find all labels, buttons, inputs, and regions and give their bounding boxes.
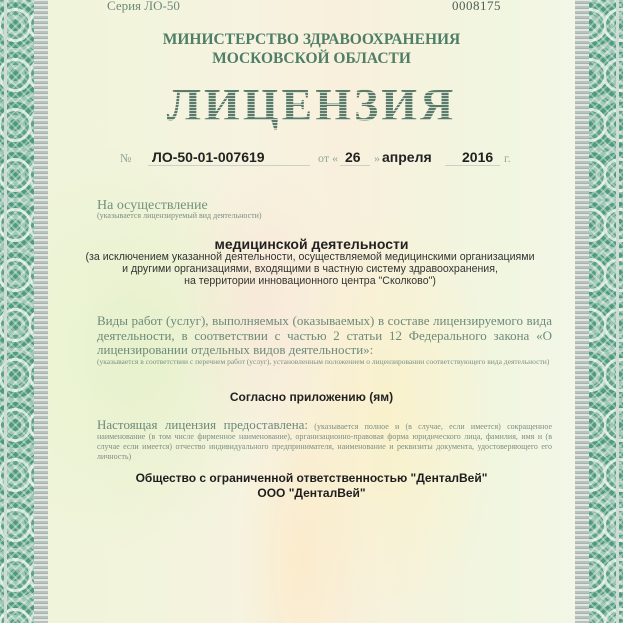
underline	[340, 165, 370, 166]
activity-description: (за исключением указанной деятельности, …	[60, 251, 560, 287]
works-hint: (указывается в соответствии с перечнем р…	[97, 357, 552, 366]
underline	[148, 165, 310, 166]
document-title: ЛИЦЕНЗИЯ	[0, 78, 623, 131]
granted-label: Настоящая лицензия предоставлена:	[97, 417, 308, 432]
license-number: ЛО-50-01-007619	[152, 149, 265, 165]
license-document: Серия ЛО-50 0008175 МИНИСТЕРСТВО ЗДРАВОО…	[0, 0, 623, 623]
year-suffix: г.	[504, 151, 511, 166]
org-short-name: ООО "ДенталВей"	[0, 486, 623, 501]
activity-description-line: (за исключением указанной деятельности, …	[60, 251, 560, 263]
license-number-line: № ЛО-50-01-007619 от « 26 » апреля 2016 …	[120, 149, 520, 167]
series-label: Серия ЛО-50	[107, 0, 180, 14]
org-full-name: Общество с ограниченной ответственностью…	[0, 471, 623, 486]
ministry-line-1: МИНИСТЕРСТВО ЗДРАВООХРАНЕНИЯ	[0, 30, 623, 49]
granted-block: Настоящая лицензия предоставлена: (указы…	[97, 420, 552, 462]
licensee-organization: Общество с ограниченной ответственностью…	[0, 471, 623, 500]
license-year: 2016	[462, 149, 493, 165]
underline	[445, 165, 500, 166]
license-month: апреля	[382, 149, 432, 165]
date-from-label: от «	[318, 151, 338, 166]
works-text: Виды работ (услуг), выполняемых (оказыва…	[97, 314, 552, 358]
ministry-heading: МИНИСТЕРСТВО ЗДРАВООХРАНЕНИЯ МОСКОВСКОЙ …	[0, 30, 623, 68]
works-value: Согласно приложению (ям)	[0, 390, 623, 404]
number-sign: №	[120, 151, 131, 166]
activity-description-line: на территории инновационного центра "Ско…	[60, 275, 560, 287]
activity-hint: (указывается лицензируемый вид деятельно…	[97, 211, 262, 220]
day-close-quote: »	[374, 151, 380, 166]
ministry-line-2: МОСКОВСКОЙ ОБЛАСТИ	[0, 49, 623, 68]
license-day: 26	[345, 149, 361, 165]
activity-title: медицинской деятельности	[0, 236, 623, 252]
activity-description-line: и другими организациями, входящими в час…	[60, 263, 560, 275]
form-number: 0008175	[452, 0, 501, 14]
